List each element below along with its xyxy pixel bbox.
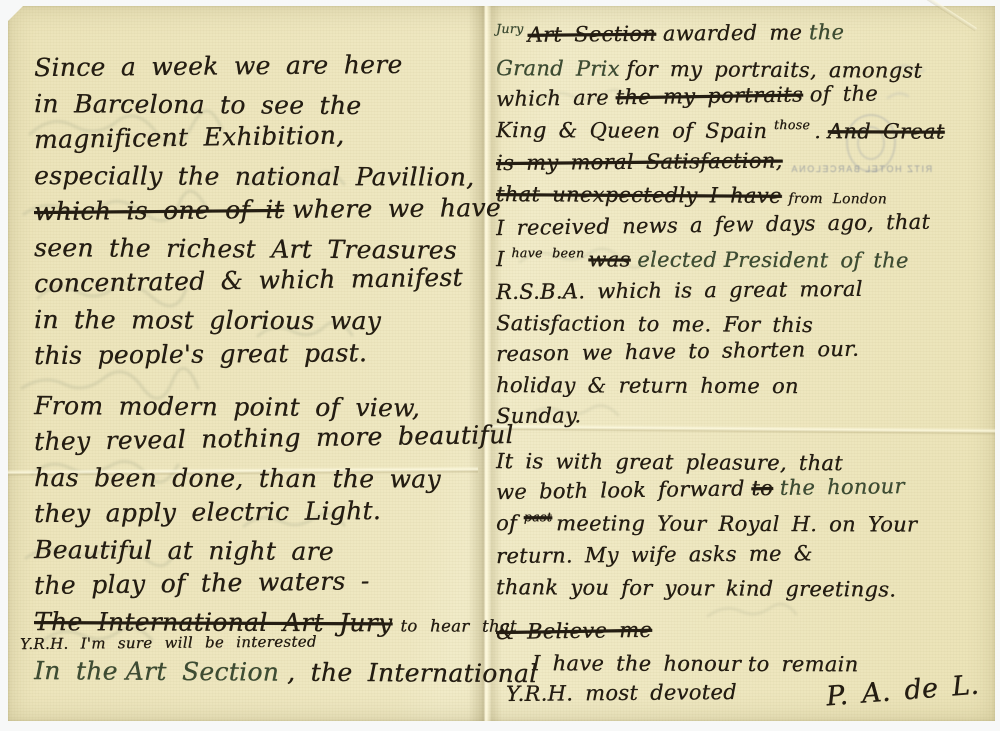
handwritten-text: from London bbox=[788, 191, 887, 208]
letter-line: reason we have to shorten our. bbox=[496, 332, 993, 370]
struck-out-text: to bbox=[751, 476, 773, 500]
handwritten-text: meeting Your Royal H. on Your bbox=[556, 511, 917, 536]
handwritten-text: Since a week we are here bbox=[34, 50, 403, 82]
handwritten-text: in the most glorious way bbox=[34, 305, 381, 335]
letter-line: the play of the waters - bbox=[34, 561, 486, 604]
letter-line: this people's great past. bbox=[34, 334, 486, 374]
letter-line: In theArt Section, the International bbox=[34, 653, 486, 692]
struck-out-text: which is one of it bbox=[34, 195, 284, 226]
handwritten-text: King & Queen of Spain bbox=[496, 118, 767, 143]
handwritten-text: of bbox=[496, 511, 517, 535]
letter-line: return. My wife asks me & bbox=[496, 537, 993, 572]
handwritten-text: Y.R.H. most devoted bbox=[506, 677, 737, 710]
scanned-letter-photo: { "document": { "kind": "Handwritten dra… bbox=[0, 0, 1000, 731]
handwritten-text: especially the national Pavillion, bbox=[34, 161, 474, 192]
handwritten-text: Beautiful at night are bbox=[34, 535, 334, 566]
letter-line: they reveal nothing more beautiful bbox=[34, 417, 486, 460]
struck-out-text: And Great bbox=[828, 119, 945, 143]
handwritten-text: has been done, than the way bbox=[34, 463, 441, 493]
handwritten-text: where we have bbox=[292, 193, 501, 224]
inserted-correction-text: have been bbox=[511, 245, 584, 260]
struck-out-text: & Believe me bbox=[496, 618, 652, 644]
handwritten-text: they reveal nothing more beautiful bbox=[34, 420, 514, 456]
handwritten-text: Grand Prix bbox=[496, 56, 620, 81]
letter-line: is my moral Satisfaction, bbox=[496, 144, 993, 179]
letter-line: they apply electric Light. bbox=[34, 492, 486, 532]
struck-out-text: Art Section bbox=[527, 22, 656, 47]
letter-line: Y.R.H. I'm sure will be interested bbox=[20, 632, 486, 653]
handwritten-text: of the bbox=[809, 81, 878, 106]
handwritten-text: Art Section bbox=[126, 657, 280, 687]
handwritten-text: R.S.B.A. which is a great moral bbox=[496, 277, 863, 304]
handwritten-text: It is with great pleasure, that bbox=[496, 449, 843, 475]
handwritten-text: the bbox=[809, 20, 845, 44]
letter-line: Sunday. bbox=[496, 397, 993, 432]
handwritten-text: I bbox=[496, 247, 505, 271]
handwritten-text: Sunday. bbox=[496, 403, 581, 428]
letter-line: I received news a few days ago, that bbox=[496, 206, 993, 244]
letter-line: Y.R.H. most devotedP. A. de L. bbox=[496, 675, 993, 710]
handwritten-text: elected bbox=[637, 247, 717, 271]
handwritten-text: in Barcelona to see the bbox=[34, 89, 361, 120]
handwritten-text: magnificent Exhibition, bbox=[34, 120, 345, 154]
handwritten-text: awarded me bbox=[663, 20, 803, 45]
letter-line: magnificent Exhibition, bbox=[34, 115, 486, 158]
letter-paper: RITZ HOTEL BARCELONA Since a week we are… bbox=[8, 6, 995, 721]
handwritten-text: we both look forward bbox=[496, 476, 745, 504]
handwritten-text: the play of the waters - bbox=[34, 566, 370, 600]
letter-page-right: JuryArt Sectionawarded metheGrand Prixfo… bbox=[496, 20, 993, 710]
handwritten-text: return. My wife asks me & bbox=[496, 541, 813, 568]
handwritten-text: Y.R.H. I'm sure will be interested bbox=[20, 632, 317, 653]
handwritten-text: this people's great past. bbox=[34, 338, 367, 370]
letter-line: JuryArt Sectionawarded methe bbox=[496, 16, 993, 53]
handwritten-text: concentrated & which manifest bbox=[34, 263, 463, 298]
inserted-correction-text: Jury bbox=[496, 20, 524, 35]
struck-out-text: is my moral Satisfaction, bbox=[496, 149, 783, 175]
handwritten-text: holiday & return home on bbox=[496, 373, 799, 398]
letter-line: which arethe my portraitsof the bbox=[496, 77, 993, 115]
letter-page-left: Since a week we are herein Barcelona to … bbox=[34, 50, 486, 689]
struck-out-text: past bbox=[524, 509, 552, 524]
struck-out-text: the my portraits bbox=[615, 82, 803, 109]
handwritten-text: . bbox=[814, 119, 821, 143]
inserted-correction-text: those bbox=[774, 117, 810, 132]
letter-line: Since a week we are here bbox=[34, 46, 486, 86]
letter-line: which is one of itwhere we have bbox=[34, 190, 486, 230]
handwritten-text: reason we have to shorten our. bbox=[496, 337, 859, 366]
struck-out-text: was bbox=[588, 247, 630, 271]
handwritten-text: In the bbox=[34, 656, 118, 686]
handwritten-text: to remain bbox=[748, 652, 859, 676]
letter-line: we both look forwardtothe honour bbox=[496, 470, 993, 508]
letter-line: R.S.B.A. which is a great moral bbox=[496, 273, 993, 308]
letter-line: concentrated & which manifest bbox=[34, 259, 486, 302]
handwritten-text: thank you for your kind greetings. bbox=[496, 575, 896, 601]
handwritten-text: Satisfaction to me. For this bbox=[496, 311, 813, 337]
handwritten-text: which are bbox=[496, 85, 609, 111]
letter-line: thank you for your kind greetings. bbox=[496, 572, 993, 606]
handwritten-text: I received news a few days ago, that bbox=[496, 210, 930, 240]
handwritten-text: the honour bbox=[780, 474, 905, 500]
struck-out-text: that unexpectedly I have bbox=[496, 182, 782, 208]
handwritten-text: they apply electric Light. bbox=[34, 496, 381, 528]
handwritten-text: From modern point of view, bbox=[34, 391, 420, 422]
letter-line: & Believe me bbox=[496, 610, 993, 648]
handwritten-text: I have the honour bbox=[532, 651, 741, 676]
signature: P. A. de L. bbox=[825, 669, 980, 712]
handwritten-text: President of the bbox=[724, 248, 909, 273]
